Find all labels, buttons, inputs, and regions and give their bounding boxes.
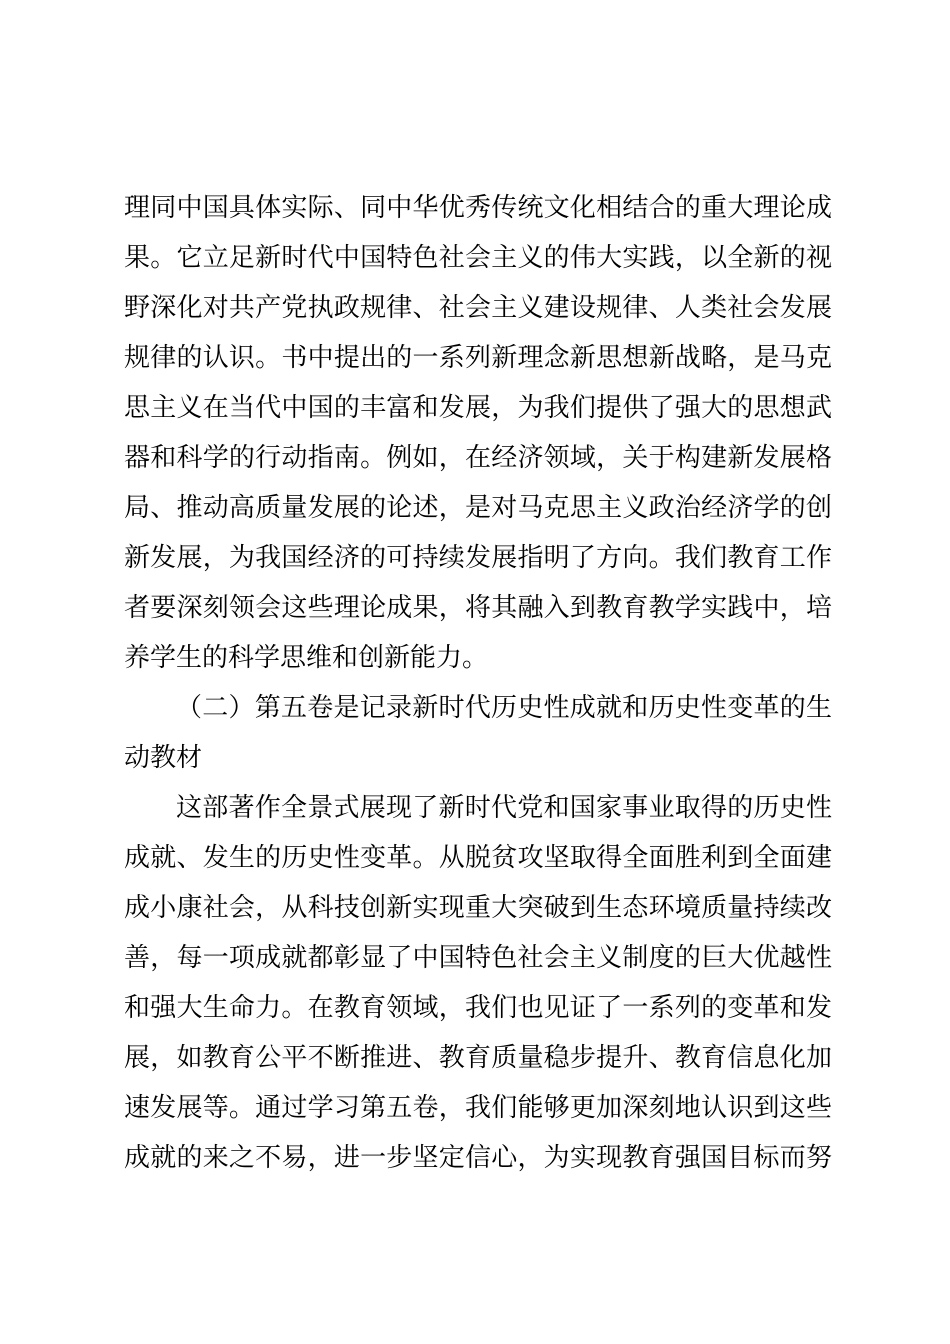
heading-line: （二）第五卷是记录新时代历史性成就和历史性变革的生	[124, 682, 832, 732]
text-line: 局、推动高质量发展的论述，是对马克思主义政治经济学的创	[124, 482, 832, 532]
text-line: 和强大生命力。在教育领域，我们也见证了一系列的变革和发	[124, 982, 832, 1032]
text-line: 展，如教育公平不断推进、教育质量稳步提升、教育信息化加	[124, 1032, 832, 1082]
text-line: 者要深刻领会这些理论成果，将其融入到教育教学实践中，培	[124, 582, 832, 632]
text-line: 成就的来之不易，进一步坚定信心，为实现教育强国目标而努	[124, 1132, 832, 1182]
text-line: 成就、发生的历史性变革。从脱贫攻坚取得全面胜利到全面建	[124, 832, 832, 882]
text-line: 器和科学的行动指南。例如，在经济领域，关于构建新发展格	[124, 432, 832, 482]
text-line: 果。它立足新时代中国特色社会主义的伟大实践，以全新的视	[124, 232, 832, 282]
text-line: 理同中国具体实际、同中华优秀传统文化相结合的重大理论成	[124, 182, 832, 232]
text-line: 野深化对共产党执政规律、社会主义建设规律、人类社会发展	[124, 282, 832, 332]
text-line: 规律的认识。书中提出的一系列新理念新思想新战略，是马克	[124, 332, 832, 382]
text-line: 思主义在当代中国的丰富和发展，为我们提供了强大的思想武	[124, 382, 832, 432]
text-line: 这部著作全景式展现了新时代党和国家事业取得的历史性	[124, 782, 832, 832]
text-line: 新发展，为我国经济的可持续发展指明了方向。我们教育工作	[124, 532, 832, 582]
document-text-block: 理同中国具体实际、同中华优秀传统文化相结合的重大理论成 果。它立足新时代中国特色…	[124, 182, 832, 1182]
text-line: 成小康社会，从科技创新实现重大突破到生态环境质量持续改	[124, 882, 832, 932]
text-line: 善，每一项成就都彰显了中国特色社会主义制度的巨大优越性	[124, 932, 832, 982]
text-line: 养学生的科学思维和创新能力。	[124, 632, 832, 682]
text-line: 速发展等。通过学习第五卷，我们能够更加深刻地认识到这些	[124, 1082, 832, 1132]
heading-line: 动教材	[124, 732, 832, 782]
document-page: 理同中国具体实际、同中华优秀传统文化相结合的重大理论成 果。它立足新时代中国特色…	[0, 0, 950, 1344]
